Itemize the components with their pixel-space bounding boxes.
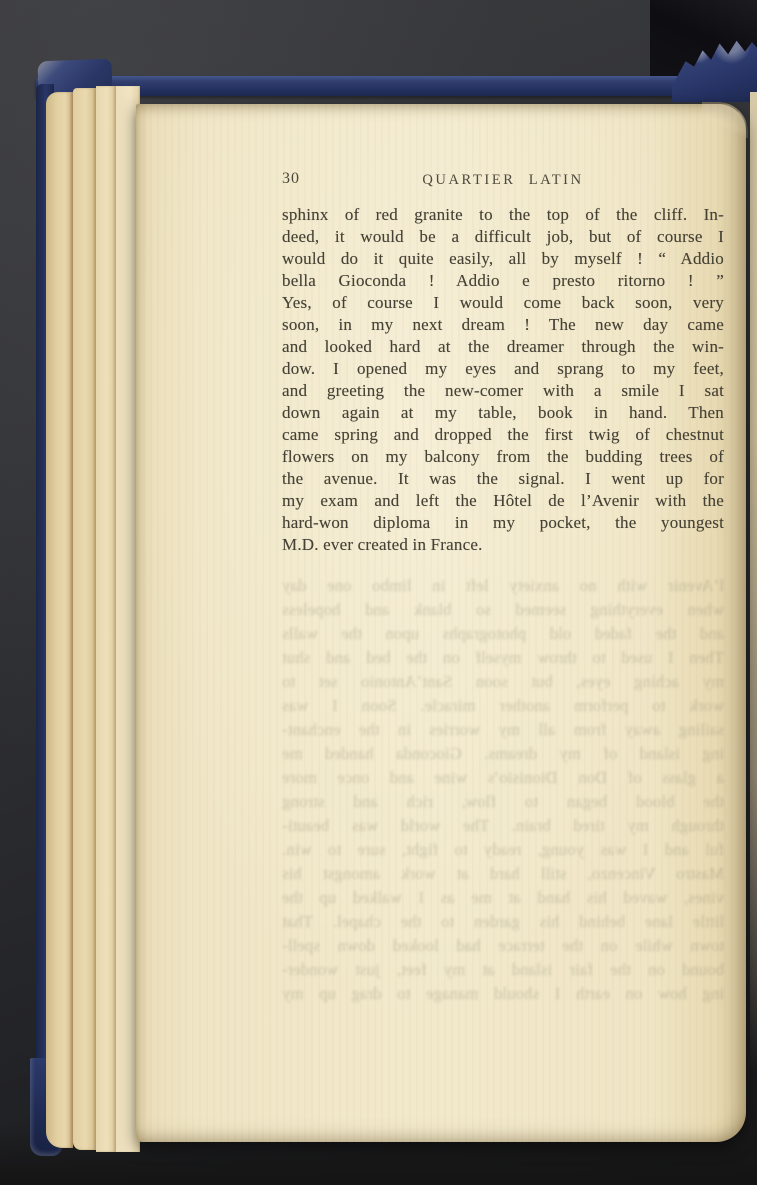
page-stack-fore-edges [46,86,140,1152]
body-line: the avenue. It was the signal. I went up… [282,468,724,490]
body-line: my exam and left the Hôtel de l’Avenir w… [282,490,724,512]
bleedthrough-line: and the faded old photographs upon the w… [282,622,724,646]
bleedthrough-line: little lane behind his garden to the cha… [282,910,724,934]
bleedthrough-line: ing island of my dreams. Gioconda handed… [282,742,724,766]
page-corner-curl [702,102,748,138]
body-line: flowers on my balcony from the budding t… [282,446,724,468]
bleedthrough-line: the blood began to flow, rich and strong [282,790,724,814]
scanned-book-photo: l’Avenir with no anxiety left in limbo o… [0,0,757,1185]
bleedthrough-line: ing how on earth I should manage to drag… [282,982,724,1006]
bleedthrough-line: sailing away from all my worries in the … [282,718,724,742]
adjacent-page-edge-right [750,92,757,1072]
body-line: and looked hard at the dreamer through t… [282,336,724,358]
bleedthrough-text: l’Avenir with no anxiety left in limbo o… [282,574,724,1006]
body-line: and greeting the new-comer with a smile … [282,380,724,402]
bleedthrough-line: l’Avenir with no anxiety left in limbo o… [282,574,724,598]
page-edge-layer [46,92,73,1148]
bleedthrough-line: my aching eyes, but soon Sant’Antonio se… [282,670,724,694]
page-header: 30 QUARTIER LATIN [282,170,724,192]
body-line: dow. I opened my eyes and sprang to my f… [282,358,724,380]
body-line: down again at my table, book in hand. Th… [282,402,724,424]
page-edge-layer [96,86,116,1152]
body-line: would do it quite easily, all by myself … [282,248,724,270]
bleedthrough-line: Then I used to throw myself on the bed a… [282,646,724,670]
body-line: bella Gioconda ! Addio e presto ritorno … [282,270,724,292]
bleedthrough-line: town while on the terrace had looked dow… [282,934,724,958]
bleedthrough-line: Mastro Vincenzo, still hard at work amon… [282,862,724,886]
bleedthrough-line: through my tired brain. The world was be… [282,814,724,838]
running-title: QUARTIER LATIN [282,172,724,189]
bleedthrough-line: ful and I was young, ready to fight, sur… [282,838,724,862]
bleedthrough-line: when everything seemed so blank and hope… [282,598,724,622]
body-line: came spring and dropped the first twig o… [282,424,724,446]
bleedthrough-line: work to perform another miracle. Soon I … [282,694,724,718]
book-page: l’Avenir with no anxiety left in limbo o… [136,104,746,1142]
bleedthrough-line: bound on the fair island at my feet, jus… [282,958,724,982]
body-line: hard-won diploma in my pocket, the young… [282,512,724,534]
body-text: sphinx of red granite to the top of the … [282,204,724,556]
bleedthrough-line: a glass of Don Dionisio’s wine and once … [282,766,724,790]
body-line: soon, in my next dream ! The new day cam… [282,314,724,336]
body-line: sphinx of red granite to the top of the … [282,204,724,226]
body-line: M.D. ever created in France. [282,534,724,556]
bleedthrough-line: vines, waved his hand at me as I walked … [282,886,724,910]
body-line: deed, it would be a difficult job, but o… [282,226,724,248]
page-edge-layer [73,88,96,1150]
body-line: Yes, of course I would come back soon, v… [282,292,724,314]
